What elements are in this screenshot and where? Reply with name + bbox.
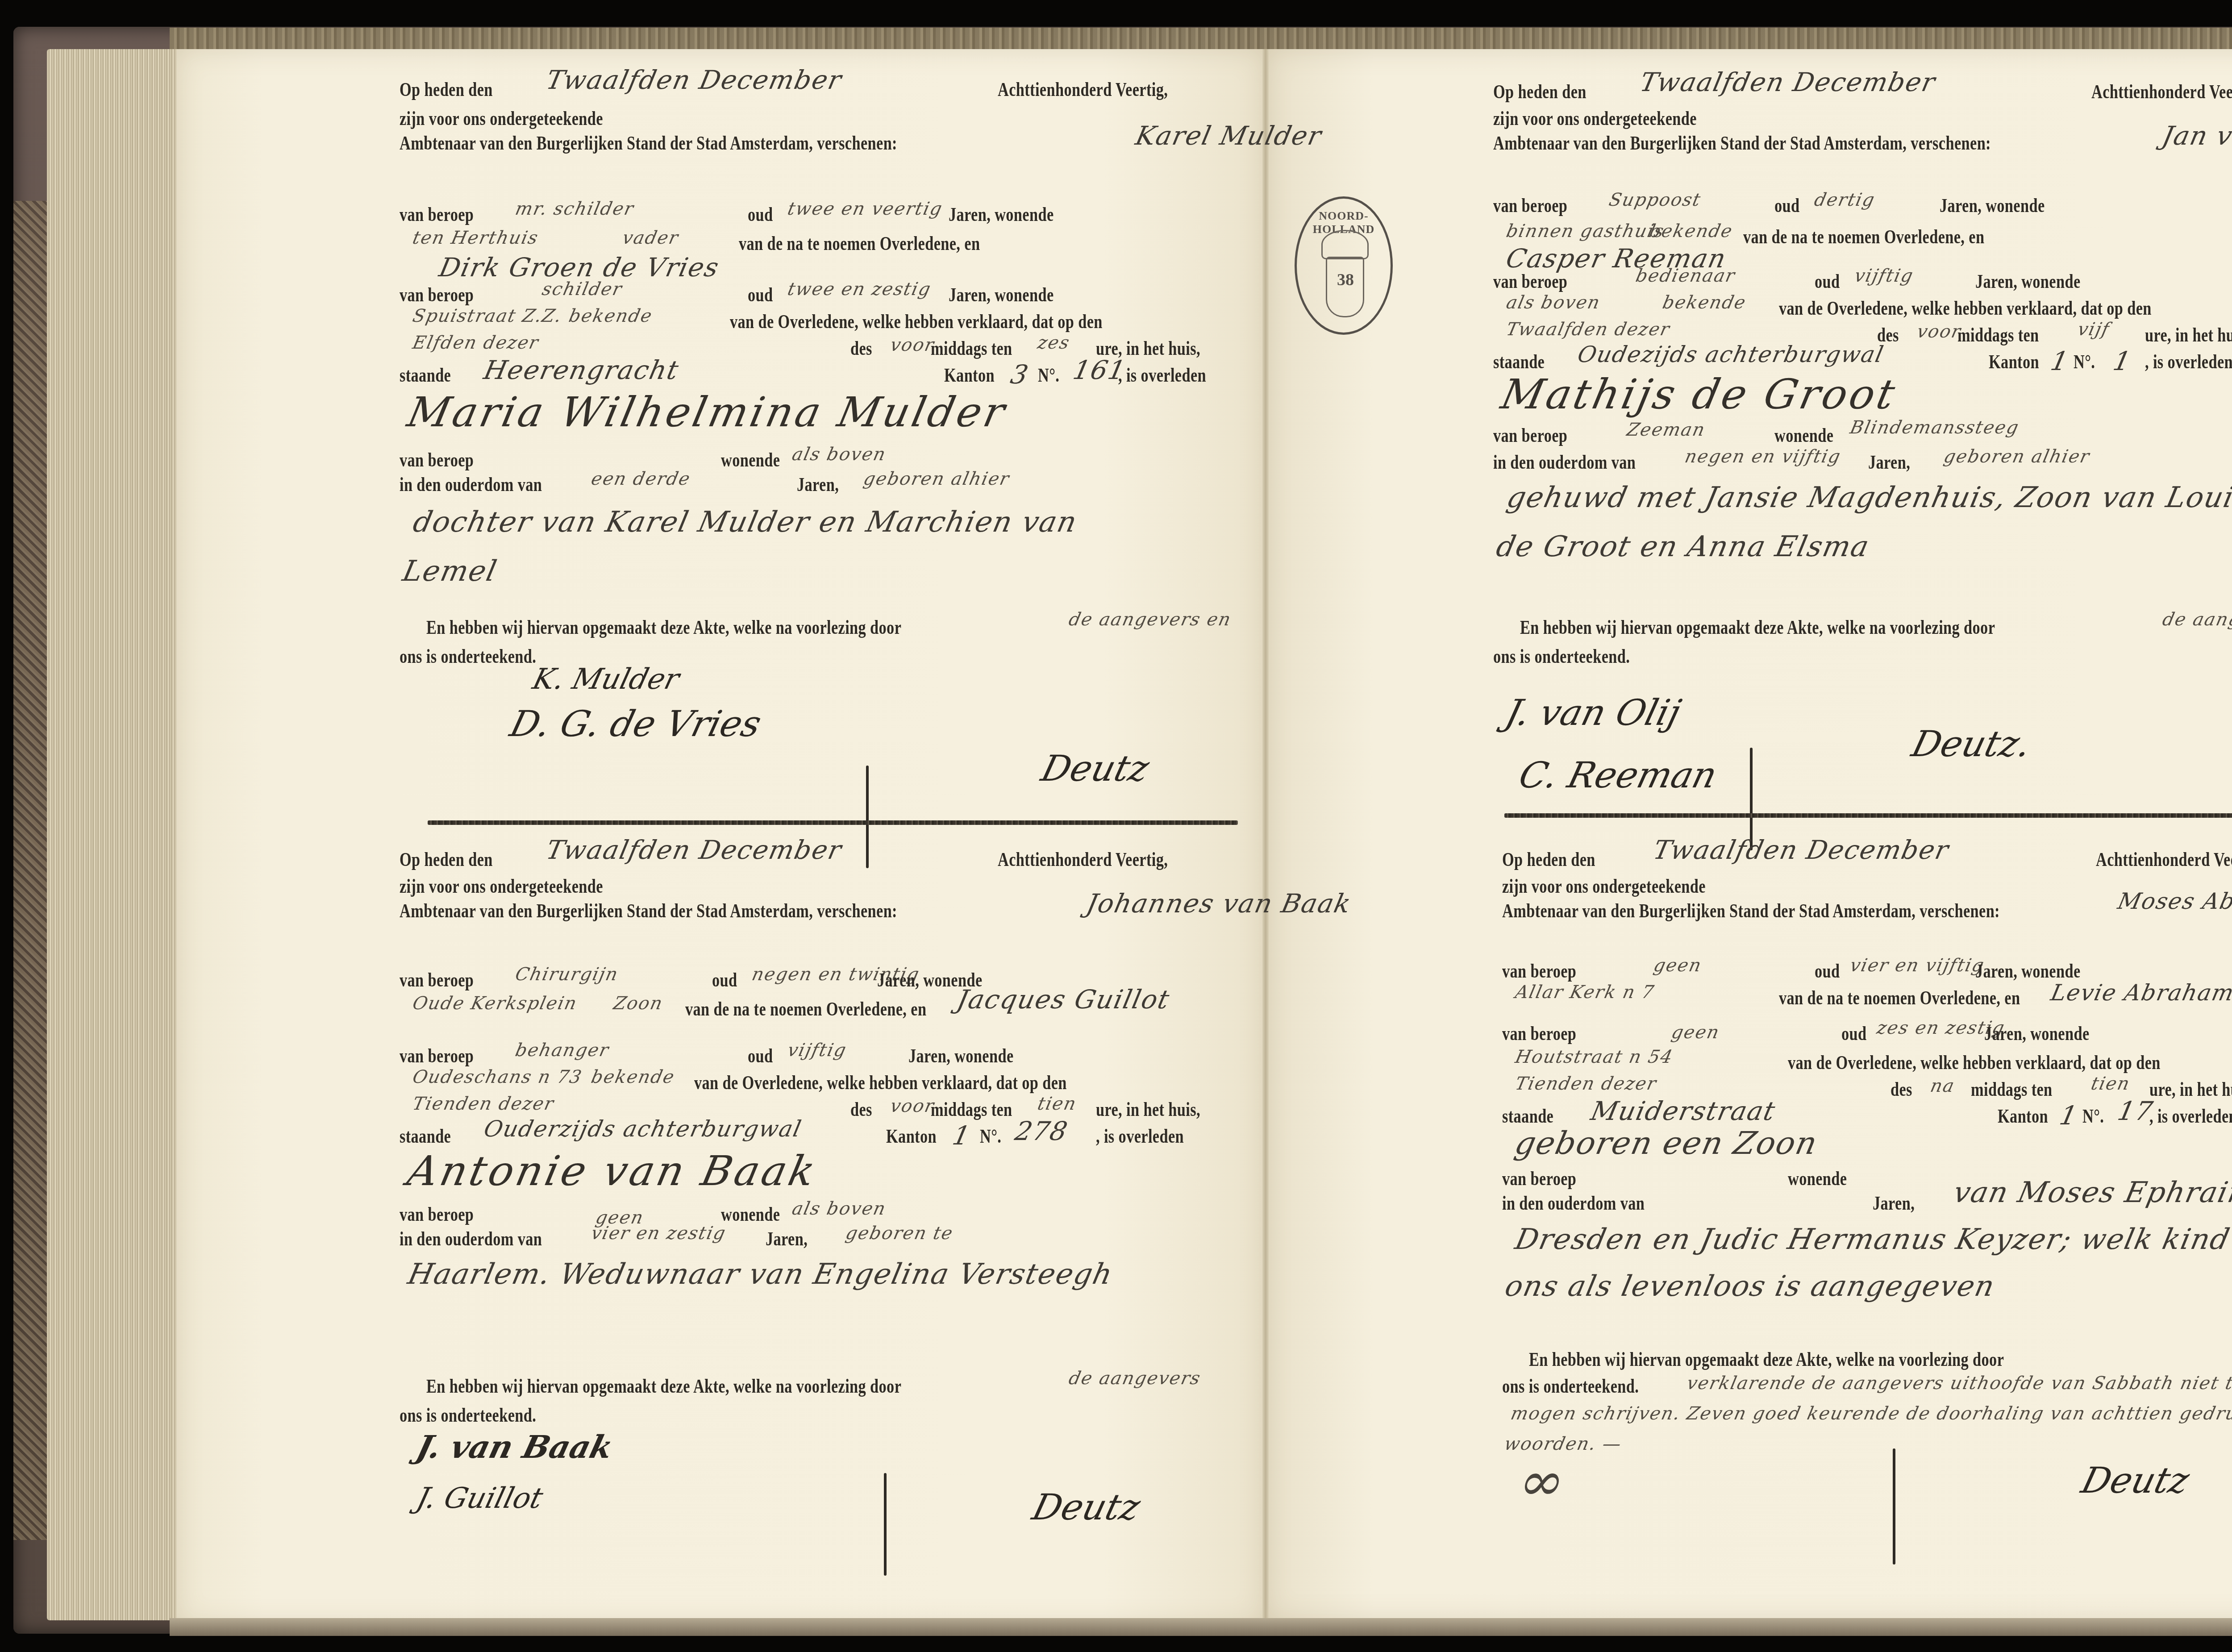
printed-jaren-wonende: Jaren, wonende: [1975, 270, 2081, 293]
printed-jaren-wonende: Jaren, wonende: [1940, 194, 2045, 217]
time-of-day: voor: [888, 1096, 937, 1116]
declarant1-name-first: Moses Abraham Brander: [2115, 888, 2232, 914]
declarant2-relation: bekende: [1661, 292, 1748, 313]
printed-is-overleden: , is overleden: [1096, 1125, 1184, 1148]
deceased-age: negen en vijftig: [1683, 446, 1843, 467]
printed-signed: ons is onderteekend.: [400, 645, 536, 668]
printed-middags-ten: middags ten: [931, 1098, 1012, 1121]
declarant2-relation: bekende: [567, 306, 654, 326]
printed-ouderdom: in den ouderdom van: [1493, 451, 1636, 474]
printed-des: des: [850, 337, 872, 360]
printed-wonende: wonende: [1774, 424, 1833, 447]
declarant2-residence: als boven: [1504, 292, 1602, 313]
printed-wonende: wonende: [721, 449, 780, 471]
printed-signed: ons is onderteekend.: [1493, 645, 1630, 668]
printed-middags-ten: middags ten: [931, 337, 1012, 360]
signature-declarant2: J. Guillot: [413, 1482, 546, 1515]
printed-ure: ure, in het huis,: [1096, 1098, 1200, 1121]
printed-no: N°.: [2082, 1105, 2104, 1128]
printed-van-de-overledene: van de Overledene, welke hebben verklaar…: [1779, 297, 2152, 320]
death-date: Tienden dezer: [1513, 1074, 1659, 1094]
declarant1-residence: ten Herthuis: [411, 228, 541, 248]
declarant2-relation: bekende: [589, 1067, 677, 1087]
declarant1-name: Johannes van Baak: [1084, 888, 1354, 919]
printed-no: N°.: [1038, 364, 1059, 387]
printed-line3: Ambtenaar van den Burgerlijken Stand der…: [1493, 132, 1991, 154]
declarant2-occupation: behanger: [513, 1040, 611, 1061]
printed-signed: ons is onderteekend.: [400, 1404, 536, 1427]
printed-jaren: Jaren,: [1868, 451, 1910, 474]
cover-marbled-edge-left: [13, 201, 49, 1540]
printed-van-beroep: van beroep: [1502, 1022, 1576, 1045]
printed-ouderdom: in den ouderdom van: [400, 473, 542, 496]
deceased-residence: als boven: [790, 1198, 888, 1219]
printed-wonende: wonende: [721, 1203, 780, 1226]
printed-van-beroep: van beroep: [1493, 424, 1567, 447]
signature-official: Deutz.: [1907, 723, 2035, 765]
printed-jaren-wonende: Jaren, wonende: [1975, 960, 2081, 982]
declarant1-relation: vader: [620, 228, 681, 248]
record-date: Twaalfden December: [544, 65, 845, 95]
signature-official: Deutz: [2077, 1460, 2194, 1501]
printed-van-beroep: van beroep: [1493, 270, 1567, 293]
signature-brace: [1893, 1448, 1895, 1565]
printed-opening: Op heden den: [400, 78, 493, 101]
printed-ure: ure, in het huis,: [2145, 324, 2232, 346]
printed-van-de-overledene: van de Overledene, welke hebben verklaar…: [1788, 1051, 2161, 1074]
street: Oudezijds achterburgwal: [1575, 341, 1886, 367]
read-by: de aangevers en: [1067, 609, 1233, 630]
signature-brace: [866, 766, 869, 868]
birthplace: geboren te: [844, 1223, 955, 1244]
signature-official: Deutz: [1028, 1486, 1145, 1528]
signature-declarant1: J. van Baak: [413, 1428, 617, 1465]
printed-oud: oud: [1815, 960, 1840, 982]
record-date: Twaalfden December: [544, 835, 845, 865]
printed-oud: oud: [1815, 270, 1840, 293]
signature-brace: [884, 1473, 887, 1576]
printed-staande: staande: [400, 364, 451, 387]
printed-year: Achttienhonderd Veertig,: [2096, 848, 2232, 871]
page-stack-left: [47, 49, 176, 1620]
declarant1-occupation: geen: [1652, 955, 1703, 976]
printed-van-beroep: van beroep: [1493, 194, 1567, 217]
printed-ouderdom: in den ouderdom van: [400, 1228, 542, 1250]
printed-jaren: Jaren,: [766, 1228, 808, 1250]
printed-van-de-na: van de na te noemen Overledene, en: [1779, 986, 2020, 1009]
parents: gehuwd met Jansie Magdenhuis, Zoon van L…: [1492, 473, 2232, 571]
printed-van-beroep: van beroep: [400, 1044, 474, 1067]
declarant1-residence: Allar Kerk n 7: [1513, 982, 1656, 1003]
printed-des: des: [1891, 1078, 1912, 1101]
declarant1-residence: Oude Kerksplein: [411, 993, 579, 1014]
printed-van-beroep: van beroep: [400, 283, 474, 306]
declarant2-residence: Oudeschans n 73: [411, 1067, 584, 1087]
hour: vijf: [2076, 319, 2111, 340]
printed-year: Achttienhonderd Veertig,: [998, 78, 1168, 101]
deceased-name: Mathijs de Groot: [1497, 370, 1902, 418]
closing-note: verklarende de aangevers uithoofde van S…: [1501, 1368, 2232, 1459]
printed-line2: zijn voor ons ondergeteekende: [1502, 875, 1706, 898]
printed-oud: oud: [748, 1044, 773, 1067]
deceased-description: geboren een Zoon: [1512, 1125, 1821, 1161]
declarant2-age: vijftig: [1853, 266, 1916, 286]
parents: Haarlem. Weduwnaar van Engelina Versteeg…: [403, 1250, 1172, 1299]
birthplace: geboren alhier: [1942, 446, 2092, 467]
printed-des: des: [850, 1098, 872, 1121]
printed-closing: En hebben wij hiervan opgemaakt deze Akt…: [1520, 616, 1995, 639]
hour: zes: [1036, 333, 1072, 353]
printed-oud: oud: [748, 203, 773, 226]
printed-van-de-na: van de na te noemen Overledene, en: [1743, 225, 1984, 248]
declarant2-occupation: geen: [1670, 1022, 1721, 1043]
printed-staande: staande: [400, 1125, 451, 1148]
declarant1-age: dertig: [1812, 190, 1877, 210]
street: Ouderzijds achterburgwal: [482, 1116, 804, 1142]
printed-staande: staande: [1493, 350, 1545, 373]
house-number: 278: [1012, 1116, 1071, 1146]
printed-closing: En hebben wij hiervan opgemaakt deze Akt…: [426, 616, 901, 639]
printed-van-beroep: van beroep: [400, 449, 474, 471]
printed-opening: Op heden den: [1493, 80, 1587, 103]
read-by: de aangevers: [1067, 1368, 1203, 1389]
declarant2-name: Jacques Guillot: [954, 984, 1173, 1015]
printed-line3: Ambtenaar van den Burgerlijken Stand der…: [400, 132, 897, 154]
hour: tien: [2089, 1074, 2132, 1094]
signature-declarant2: C. Reeman: [1515, 754, 1721, 796]
death-date: Tienden dezer: [411, 1094, 556, 1114]
book-gutter: [1262, 49, 1269, 1625]
declarant1-relation: Zoon: [612, 993, 665, 1014]
deceased-residence: Blindemanssteeg: [1848, 417, 2021, 438]
deceased-name: Antonie van Baak: [404, 1147, 822, 1195]
printed-is-overleden: , is overleden: [1118, 364, 1206, 387]
declarant2-occupation: schilder: [540, 279, 624, 300]
declarant2-name: Dirk Groen de Vries: [437, 252, 722, 283]
printed-no: N°.: [980, 1125, 1001, 1148]
printed-jaren-wonende: Jaren, wonende: [949, 283, 1054, 306]
printed-opening: Op heden den: [1502, 848, 1595, 871]
noord-holland-tax-stamp: NOORD-HOLLAND 38: [1295, 196, 1393, 335]
printed-van-de-overledene: van de Overledene, welke hebben verklaar…: [694, 1071, 1067, 1094]
deceased-name: Maria Wilhelmina Mulder: [404, 388, 1012, 436]
parents: van Moses Ephraim Dresden en Judic Herma…: [1501, 1169, 2232, 1310]
printed-jaren-wonende: Jaren, wonende: [949, 203, 1054, 226]
declarant2-residence: Spuistraat Z.Z.: [411, 306, 564, 326]
printed-year: Achttienhonderd Veertig,: [998, 848, 1168, 871]
stamp-number: 38: [1299, 270, 1392, 290]
record-date: Twaalfden December: [1651, 835, 1952, 865]
time-of-day: voor: [888, 335, 937, 355]
printed-van-beroep: van beroep: [400, 203, 474, 226]
declarant2-residence: Houtstraat n 54: [1513, 1047, 1675, 1067]
printed-middags-ten: middags ten: [1957, 324, 2039, 346]
street: Heerengracht: [481, 355, 682, 385]
cover-bottom-edge: [170, 1618, 2232, 1636]
printed-line2: zijn voor ons ondergeteekende: [400, 107, 603, 130]
record-divider-left: [428, 820, 1238, 825]
signature-official: Deutz: [1037, 748, 1153, 789]
street: Muiderstraat: [1588, 1096, 1778, 1126]
record-date: Twaalfden December: [1637, 67, 1939, 97]
parents: dochter van Karel Mulder en Marchien van…: [398, 498, 1178, 596]
declarant1-age: twee en veertig: [786, 199, 945, 219]
hour: tien: [1036, 1094, 1079, 1114]
printed-jaren-wonende: Jaren, wonende: [908, 1044, 1014, 1067]
printed-opening: Op heden den: [400, 848, 493, 871]
printed-line2: zijn voor ons ondergeteekende: [400, 875, 603, 898]
read-by: de aangevers en: [2161, 609, 2232, 630]
printed-jaren-wonende: Jaren, wonende: [1984, 1022, 2090, 1045]
deceased-occupation: Zeeman: [1625, 420, 1707, 440]
declarant1-occupation: mr. schilder: [513, 199, 636, 219]
printed-middags-ten: middags ten: [1971, 1078, 2053, 1101]
birthplace: geboren alhier: [862, 469, 1012, 489]
printed-kanton: Kanton: [886, 1125, 937, 1148]
printed-kanton: Kanton: [1989, 350, 2039, 373]
spine-headband: [170, 28, 2232, 50]
declarant1-relation: bekende: [1647, 221, 1735, 241]
printed-no: N°.: [2074, 350, 2095, 373]
declarant1-occupation: Chirurgijn: [513, 964, 620, 985]
printed-van-de-na: van de na te noemen Overledene, en: [685, 998, 926, 1020]
printed-ure: ure, in het huis,: [2149, 1078, 2232, 1101]
printed-van-beroep: van beroep: [400, 969, 474, 991]
time-of-day: voor: [1915, 321, 1963, 342]
declarant2-occupation: bedienaar: [1634, 266, 1737, 286]
printed-van-beroep: van beroep: [400, 1203, 474, 1226]
signature-declarant2: D. G. de Vries: [506, 703, 765, 745]
deceased-age: een derde: [589, 469, 692, 489]
printed-line2: zijn voor ons ondergeteekende: [1493, 107, 1697, 130]
printed-van-beroep: van beroep: [1502, 960, 1576, 982]
printed-year: Achttienhonderd Veertig,: [2091, 80, 2232, 103]
signature-declarant1: J. van Olij: [1501, 692, 1685, 733]
declarant2-name: Levie Abraham Swaab: [2049, 980, 2232, 1006]
death-date: Twaalfden dezer: [1504, 319, 1672, 340]
printed-kanton: Kanton: [944, 364, 995, 387]
printed-oud: oud: [1841, 1022, 1867, 1045]
death-date: Elfden dezer: [411, 333, 541, 353]
time-of-day: na: [1928, 1076, 1957, 1096]
printed-closing: En hebben wij hiervan opgemaakt deze Akt…: [1529, 1348, 2004, 1371]
deceased-age: vier en zestig: [589, 1223, 728, 1244]
printed-is-overleden: , is overleden: [2149, 1105, 2232, 1128]
printed-oud: oud: [748, 283, 773, 306]
printed-line3: Ambtenaar van den Burgerlijken Stand der…: [1502, 899, 2000, 922]
signature-declarant1: K. Mulder: [529, 663, 683, 696]
printed-kanton: Kanton: [1998, 1105, 2048, 1128]
declarant2-age: twee en zestig: [786, 279, 933, 300]
printed-closing: En hebben wij hiervan opgemaakt deze Akt…: [426, 1375, 901, 1398]
declarant2-age: vijftig: [786, 1040, 849, 1061]
printed-is-overleden: , is overleden: [2145, 350, 2232, 373]
declarant1-residence: binnen gasthuis: [1504, 221, 1666, 241]
record-divider-right: [1504, 813, 2232, 818]
printed-oud: oud: [1774, 194, 1800, 217]
crown-icon: [1321, 230, 1369, 259]
deceased-residence: als boven: [790, 444, 888, 465]
declarant1-age: vier en vijftig: [1848, 955, 1986, 976]
printed-oud: oud: [712, 969, 737, 991]
declarant1-name: Jan van Oly: [2160, 121, 2232, 151]
declarant1-occupation: Suppoost: [1607, 190, 1703, 210]
printed-line3: Ambtenaar van den Burgerlijken Stand der…: [400, 899, 897, 922]
printed-van-de-overledene: van de Overledene, welke hebben verklaar…: [730, 310, 1103, 333]
printed-jaren: Jaren,: [797, 473, 839, 496]
declarant1-name: Karel Mulder: [1133, 121, 1325, 151]
printed-van-de-na: van de na te noemen Overledene, en: [739, 232, 980, 255]
printed-staande: staande: [1502, 1105, 1553, 1128]
